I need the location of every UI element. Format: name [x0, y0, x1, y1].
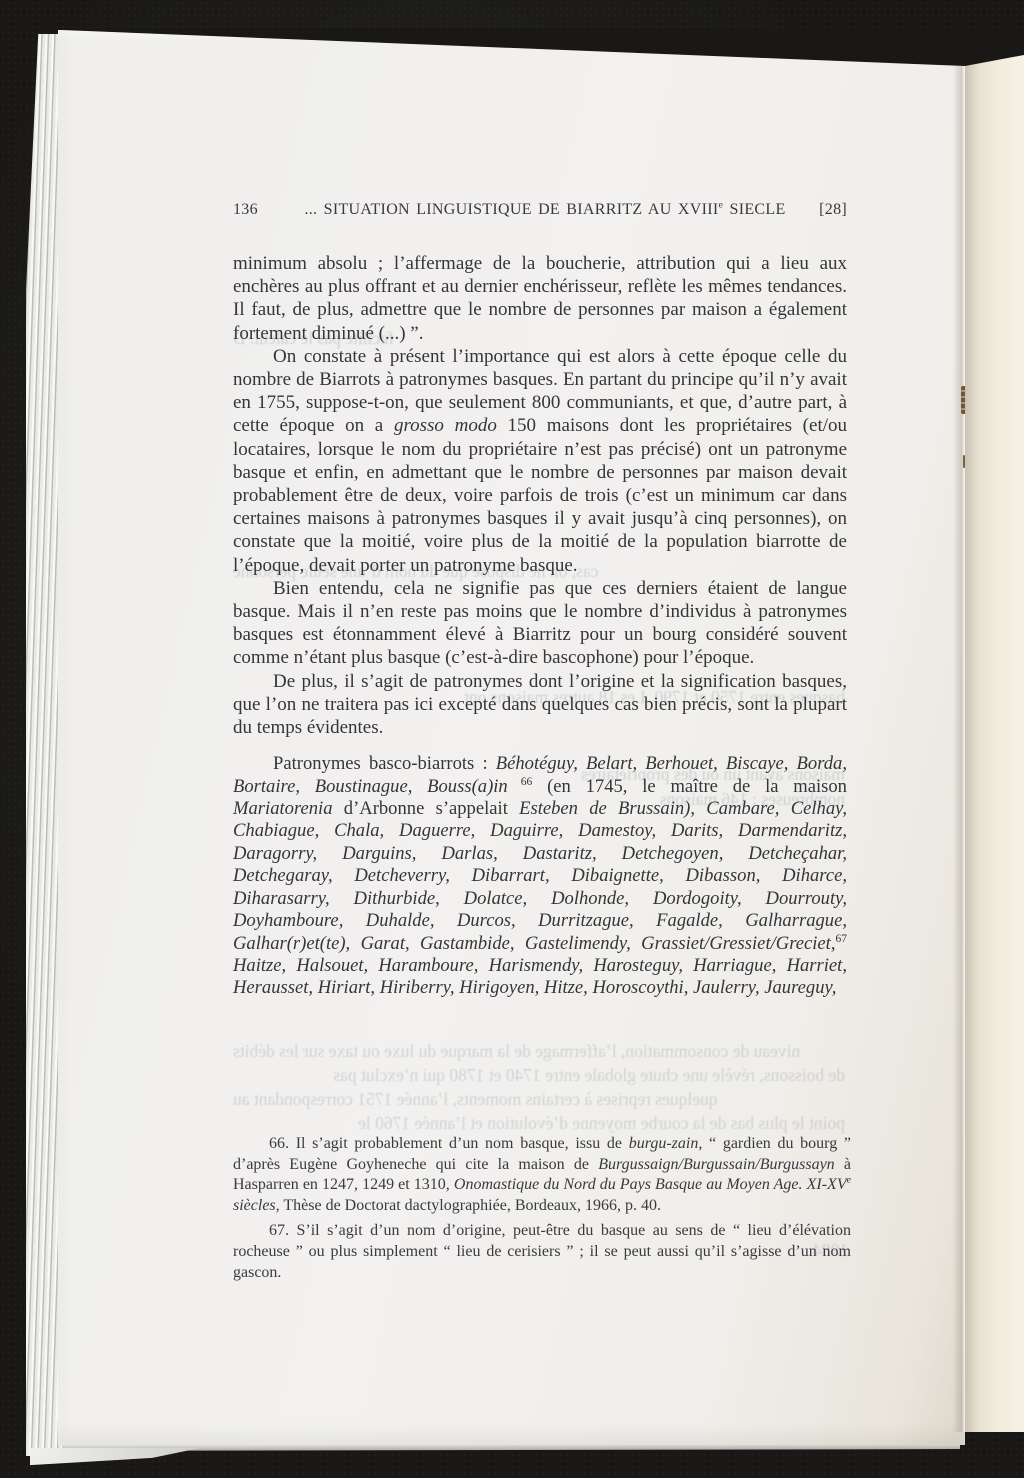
- bleed-line: point le plus bas de la courbe moyenne d…: [233, 1113, 845, 1133]
- running-header: 136 ... SITUATION LINGUISTIQUE DE BIARRI…: [233, 201, 847, 219]
- page-stack-corner-bottom-left: [30, 1448, 200, 1466]
- book-page: facilite pas le calcul. D cas, on ne dis…: [58, 30, 965, 1445]
- facing-page-edge: [965, 30, 1024, 1432]
- bleed-line: niveau de consommation, l’affermage de l…: [233, 1041, 845, 1061]
- book-photo: facilite pas le calcul. D cas, on ne dis…: [0, 0, 1024, 1478]
- paragraph-continuation: minimum absolu ; l’affermage de la bouch…: [233, 252, 847, 345]
- paragraph: On constate à présent l’importance qui e…: [233, 345, 847, 577]
- paragraph: De plus, il s’agit de patronymes dont l’…: [233, 670, 847, 740]
- printed-content: 136 ... SITUATION LINGUISTIQUE DE BIARRI…: [233, 201, 847, 1000]
- page-number: 136: [233, 201, 303, 219]
- paragraph: Bien entendu, cela ne signifie pas que c…: [233, 577, 847, 670]
- page-stack-edges-left: [26, 34, 62, 1456]
- footnotes: 66. Il s’agit probablement d’un nom basq…: [233, 1134, 851, 1288]
- paragraph-patronymes-list: Patronymes basco-biarrots : Béhotéguy, B…: [233, 753, 847, 999]
- bleed-line: quelques reprises à certains moments, l’…: [233, 1089, 845, 1109]
- body-text: minimum absolu ; l’affermage de la bouch…: [233, 252, 847, 1000]
- bleed-line: de boissons, révèle une chute globale en…: [233, 1065, 845, 1085]
- running-title: ... SITUATION LINGUISTIQUE DE BIARRITZ A…: [303, 201, 787, 219]
- issue-marker: [28]: [787, 201, 847, 219]
- footnote-67: 67. S’il s’agit d’un nom d’origine, peut…: [233, 1221, 851, 1283]
- footnote-66: 66. Il s’agit probablement d’un nom basq…: [233, 1134, 851, 1216]
